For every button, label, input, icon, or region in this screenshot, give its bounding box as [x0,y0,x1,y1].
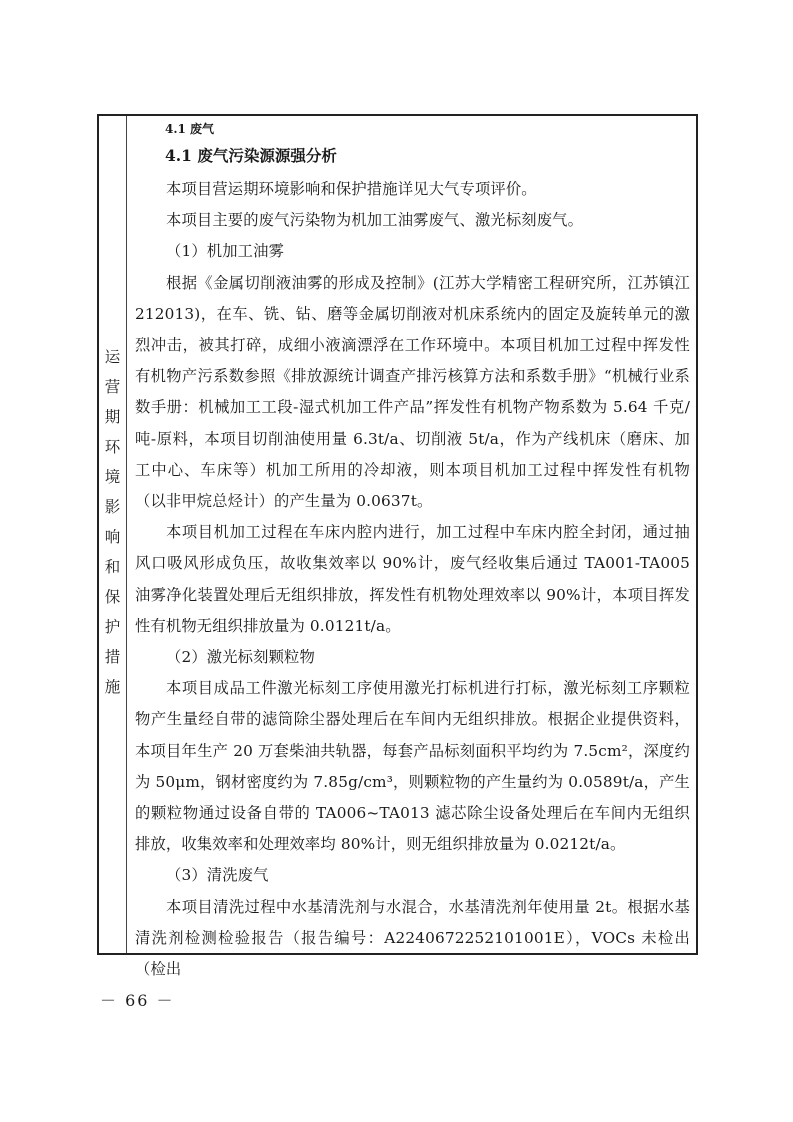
row-header-label: 运 营 期 环 境 影 响 和 保 护 措 施 [99,342,126,702]
row-header-cell: 运 营 期 环 境 影 响 和 保 护 措 施 [99,116,127,953]
row-header-char: 运 [105,342,121,372]
subheading-cleaning-gas: （3）清洗废气 [135,860,690,891]
row-header-char: 影 [105,492,121,522]
row-header-char: 护 [105,612,121,642]
content-cell: 4.1 废气 4.1 废气污染源源强分析 本项目营运期环境影响和保护措施详见大气… [127,116,696,953]
row-header-char: 期 [105,402,121,432]
body-text: 本项目营运期环境影响和保护措施详见大气专项评价。 本项目主要的废气污染物为机加工… [135,174,690,985]
row-header-char: 施 [105,672,121,702]
row-header-char: 环 [105,432,121,462]
row-header-char: 保 [105,582,121,612]
paragraph-oil-mist-treatment: 本项目机加工过程在车床内腔内进行，加工过程中车床内腔全封闭，通过抽风口吸风形成负… [135,517,690,642]
report-table: 运 营 期 环 境 影 响 和 保 护 措 施 4.1 废气 4.1 废气污染源… [97,114,698,955]
paragraph-intro: 本项目营运期环境影响和保护措施详见大气专项评价。 [135,174,690,205]
paragraph-pollutants: 本项目主要的废气污染物为机加工油雾废气、激光标刻废气。 [135,205,690,236]
row-header-char: 营 [105,372,121,402]
row-header-char: 响 [105,522,121,552]
row-header-char: 境 [105,462,121,492]
row-header-char: 和 [105,552,121,582]
subheading-laser-particles: （2）激光标刻颗粒物 [135,642,690,673]
section-title: 4.1 废气污染源源强分析 [165,144,337,166]
paragraph-oil-mist-source: 根据《金属切削液油雾的形成及控制》(江苏大学精密工程研究所，江苏镇江 21201… [135,268,690,518]
paragraph-cleaning-gas: 本项目清洗过程中水基清洗剂与水混合，水基清洗剂年使用量 2t。根据水基清洗剂检测… [135,892,690,986]
paragraph-laser-particles: 本项目成品工件激光标刻工序使用激光打标机进行打标，激光标刻工序颗粒物产生量经自带… [135,673,690,860]
row-header-char: 措 [105,642,121,672]
page-number: － 66 － [100,988,175,1011]
section-heading-small: 4.1 废气 [165,120,214,137]
subheading-oil-mist: （1）机加工油雾 [135,236,690,267]
